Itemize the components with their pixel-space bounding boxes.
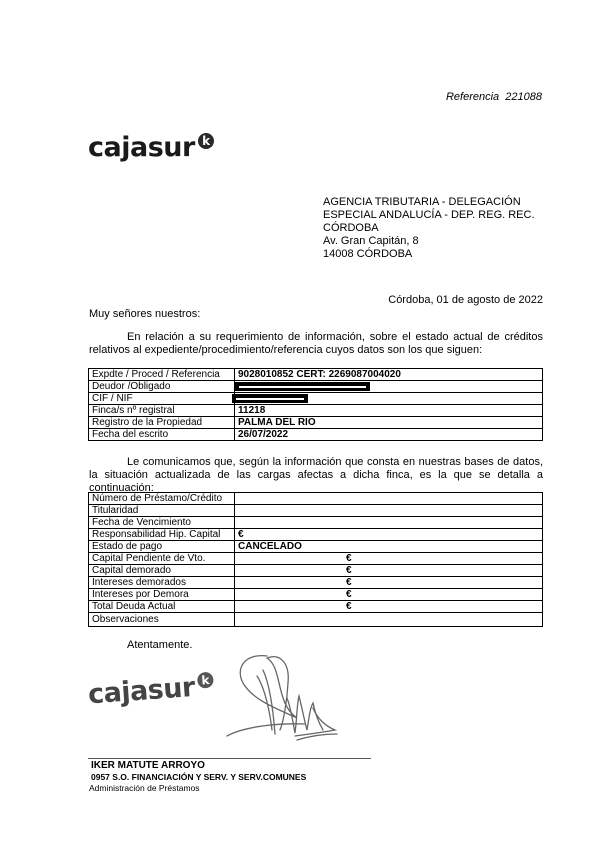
loan-value bbox=[235, 613, 543, 627]
table-row: Titularidad bbox=[89, 505, 543, 517]
reference-number: 221088 bbox=[505, 91, 542, 103]
table-row: Fecha de Vencimiento bbox=[89, 517, 543, 529]
case-label: Fecha del escrito bbox=[89, 429, 235, 441]
loan-label: Capital demorado bbox=[89, 565, 235, 577]
salutation: Muy señores nuestros: bbox=[89, 308, 200, 320]
table-row: Intereses demorados€ bbox=[89, 577, 543, 589]
intro-paragraph-text: En relación a su requerimiento de inform… bbox=[89, 331, 543, 356]
loan-value: € bbox=[235, 601, 543, 613]
redaction-bar bbox=[235, 382, 370, 391]
loan-label: Observaciones bbox=[89, 613, 235, 627]
table-row: CIF / NIF bbox=[89, 393, 543, 405]
case-value: PALMA DEL RIO bbox=[235, 417, 543, 429]
loan-value: € bbox=[235, 577, 543, 589]
table-row: Total Deuda Actual€ bbox=[89, 601, 543, 613]
loan-table: Número de Préstamo/Crédito Titularidad F… bbox=[88, 492, 543, 627]
case-label: Registro de la Propiedad bbox=[89, 417, 235, 429]
recipient-line: CÓRDOBA bbox=[323, 222, 535, 235]
place-date: Córdoba, 01 de agosto de 2022 bbox=[300, 294, 543, 306]
loan-value: € bbox=[235, 553, 543, 565]
reference: Referencia 221088 bbox=[380, 91, 542, 103]
table-row: Capital Pendiente de Vto.€ bbox=[89, 553, 543, 565]
table-row: Finca/s nº registral11218 bbox=[89, 405, 543, 417]
table-row: Capital demorado€ bbox=[89, 565, 543, 577]
status-paragraph-text: Le comunicamos que, según la información… bbox=[89, 456, 543, 494]
loan-label: Responsabilidad Hip. Capital bbox=[89, 529, 235, 541]
cajasur-logo: cajasur k bbox=[88, 132, 214, 163]
brand-name: cajasur bbox=[88, 132, 195, 163]
case-table: Expdte / Proced / Referencia9028010852 C… bbox=[88, 368, 543, 441]
loan-value bbox=[235, 505, 543, 517]
table-row: Observaciones bbox=[89, 613, 543, 627]
recipient-line: 14008 CÓRDOBA bbox=[323, 248, 535, 261]
loan-label: Titularidad bbox=[89, 505, 235, 517]
recipient-line: ESPECIAL ANDALUCÍA - DEP. REG. REC. bbox=[323, 209, 535, 222]
case-value: 26/07/2022 bbox=[235, 429, 543, 441]
cajasur-k-logo-icon: k bbox=[197, 671, 214, 688]
loan-label: Total Deuda Actual bbox=[89, 601, 235, 613]
signer-department: 0957 S.O. FINANCIACIÓN Y SERV. Y SERV.CO… bbox=[91, 772, 306, 782]
status-paragraph: Le comunicamos que, según la información… bbox=[89, 456, 543, 495]
brand-name: cajasur bbox=[87, 672, 196, 710]
table-row: Registro de la PropiedadPALMA DEL RIO bbox=[89, 417, 543, 429]
cajasur-stamp-logo: cajasur k bbox=[87, 671, 215, 711]
loan-label: Estado de pago bbox=[89, 541, 235, 553]
case-label: Deudor /Obligado bbox=[89, 381, 235, 393]
signer-role: Administración de Préstamos bbox=[89, 783, 200, 793]
recipient-line: AGENCIA TRIBUTARIA - DELEGACIÓN bbox=[323, 196, 535, 209]
case-label: CIF / NIF bbox=[89, 393, 235, 405]
reference-label: Referencia bbox=[446, 91, 499, 103]
case-label: Expdte / Proced / Referencia bbox=[89, 369, 235, 381]
closing: Atentamente. bbox=[127, 639, 192, 651]
loan-label: Intereses por Demora bbox=[89, 589, 235, 601]
loan-value bbox=[235, 517, 543, 529]
handwritten-signature-icon bbox=[225, 648, 355, 743]
case-value: 9028010852 CERT: 2269087004020 bbox=[235, 369, 543, 381]
table-row: Expdte / Proced / Referencia9028010852 C… bbox=[89, 369, 543, 381]
table-row: Estado de pagoCANCELADO bbox=[89, 541, 543, 553]
loan-label: Capital Pendiente de Vto. bbox=[89, 553, 235, 565]
table-row: Fecha del escrito26/07/2022 bbox=[89, 429, 543, 441]
case-label: Finca/s nº registral bbox=[89, 405, 235, 417]
intro-paragraph: En relación a su requerimiento de inform… bbox=[89, 331, 543, 357]
signer-name: IKER MATUTE ARROYO bbox=[91, 760, 205, 771]
loan-value bbox=[235, 493, 543, 505]
signature-line bbox=[88, 758, 371, 759]
table-row: Deudor /Obligado bbox=[89, 381, 543, 393]
loan-status: CANCELADO bbox=[235, 541, 543, 553]
loan-value: € bbox=[235, 565, 543, 577]
table-row: Intereses por Demora€ bbox=[89, 589, 543, 601]
recipient-line: Av. Gran Capitán, 8 bbox=[323, 235, 535, 248]
case-value: 11218 bbox=[235, 405, 543, 417]
table-row: Responsabilidad Hip. Capital€ bbox=[89, 529, 543, 541]
loan-label: Fecha de Vencimiento bbox=[89, 517, 235, 529]
loan-label: Intereses demorados bbox=[89, 577, 235, 589]
loan-value: € bbox=[235, 589, 543, 601]
recipient-address: AGENCIA TRIBUTARIA - DELEGACIÓN ESPECIAL… bbox=[323, 196, 535, 261]
loan-label: Número de Préstamo/Crédito bbox=[89, 493, 235, 505]
cajasur-k-logo-icon: k bbox=[198, 133, 214, 149]
redaction-bar bbox=[232, 394, 308, 403]
loan-value: € bbox=[235, 529, 543, 541]
table-row: Número de Préstamo/Crédito bbox=[89, 493, 543, 505]
